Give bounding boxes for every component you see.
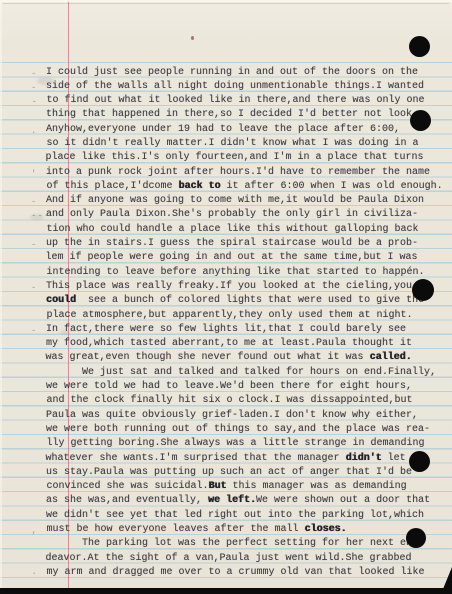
typed-text: Paula was quite obviously grief-laden.I … [46,410,418,421]
typed-line: intending to leave before anything like … [47,266,443,280]
punch-hole [412,279,434,301]
typed-line: ·my arm and dragged me over to a crummy … [47,566,443,580]
typed-line: -I could just see people running in and … [46,66,442,80]
typed-line: whatever she wants.I'm surprised that th… [46,452,442,466]
bottom-scan-bar [0,588,452,594]
overstruck-text: could [46,295,76,306]
pencil-mark: --- [31,209,50,223]
pencil-mark: - [31,238,37,252]
pencil-mark: - [31,67,37,81]
typed-text: thing that happened in there,so I decide… [46,109,418,120]
scan-top-edge [0,0,452,2]
overstruck-text: we left. [208,495,256,506]
typed-line: lem if people were going in and out at t… [46,251,442,265]
typed-text: Anyhow,everyone under 19 had to leave th… [46,124,400,135]
typed-line: The parking lot was the perfect setting … [46,537,442,551]
overstruck-text: called. [370,352,412,363]
typed-text: up the in stairs.I guess the spiral stai… [46,238,418,249]
typed-line: we didn't see yet that led right out int… [46,509,442,523]
typed-line: of this place,I'dcome back to it after 6… [47,180,443,194]
typed-line: could see a bunch of colored lights that… [46,294,442,308]
pencil-mark: , [32,524,38,538]
typed-text: We were shown out a door that [256,495,430,506]
overstruck-text: But [209,481,227,492]
pencil-mark: - [31,281,37,295]
typed-line: -up the in stairs.I guess the spiral sta… [46,237,442,251]
typed-line: deavor.At the sight of a van,Paula just … [46,552,442,566]
typed-line: -to find out what it looked like in ther… [47,94,443,108]
typed-text: we didn't see yet that led right out int… [46,510,424,521]
typed-line: -side of the walls all night doing unmen… [46,80,442,94]
pencil-mark: · [32,567,38,581]
typed-text: my food,which tasted aberrant,to me at l… [46,338,412,349]
typed-text: it after 6:00 when I was old enough. [221,181,443,192]
typed-text: deavor.At the sight of a van,Paula just … [46,553,412,564]
typed-text-block: -I could just see people running in and … [46,66,442,581]
overstruck-text: closes. [305,524,347,535]
typed-line: was great,even though she never found ou… [46,351,442,365]
typed-line: ---and only Paula Dixon.She's probably t… [46,208,442,222]
scan-top-line [3,3,449,4]
typed-text: intending to leave before anything like … [47,267,425,278]
typed-text: place atmosphere,but apparently,they onl… [47,310,413,321]
typed-text: this manager was as demanding [227,481,407,492]
typed-text: lly getting boring.She always was a litt… [47,438,425,449]
typed-text: us stay.Paula was putting up such an act… [46,467,412,478]
typed-line: tion who could handle a place like this … [47,223,443,237]
typed-text: my arm and dragged me over to a crummy o… [47,567,425,578]
typed-text: In fact,there were so few lights lit,tha… [46,324,406,335]
typed-text: see a bunch of colored lights that were … [76,295,424,306]
pencil-mark: - [31,81,37,95]
scan-left-edge [0,0,2,594]
typed-line: and the clock finally hit six o clock.I … [47,394,443,408]
typed-line: We just sat and talked and talked for ho… [46,366,442,380]
typed-text: side of the walls all night doing unment… [46,81,424,92]
typed-line: thing that happened in there,so I decide… [46,108,442,122]
typed-text: was great,even though she never found ou… [46,352,370,363]
pencil-mark: - [31,195,37,209]
typed-text: And if anyone was going to come with me,… [46,195,424,206]
pencil-mark: - [31,324,37,338]
typed-line: -This place was really freaky.If you loo… [46,280,442,294]
overstruck-text: didn't [346,453,382,464]
typed-line: Paula was quite obviously grief-laden.I … [46,409,442,423]
typed-text: we were told we had to leave.We'd been t… [46,381,412,392]
typed-text: let [382,453,406,464]
typed-text: tion who could handle a place like this … [47,224,419,235]
typed-line: place atmosphere,but apparently,they onl… [47,309,443,323]
typed-line: my food,which tasted aberrant,to me at l… [46,337,442,351]
typed-line: us stay.Paula was putting up such an act… [46,466,442,480]
typed-text: into a punk rock joint after hours.I'd h… [46,167,430,178]
typed-text: must be how everyone leaves after the ma… [47,524,305,535]
typed-line: so it didn't really matter.I didn't know… [47,137,443,151]
typed-text: I could just see people running in and o… [46,67,418,78]
pencil-mark: - [32,95,38,109]
punch-hole [410,110,431,131]
typed-text: we were both running out of things to sa… [46,424,430,435]
typed-line: -And if anyone was going to come with me… [46,194,442,208]
typed-text: This place was really freaky.If you look… [46,281,412,292]
typed-text: The parking lot was the perfect setting … [46,538,418,549]
typed-text: of this place,I'dcome [47,181,179,192]
overstruck-text: back to [179,181,221,192]
pencil-mark: . [31,124,37,138]
pencil-mark: ' [31,167,37,181]
typed-line: -In fact,there were so few lights lit,th… [46,323,442,337]
red-speck [191,36,194,40]
typed-line: we were told we had to leave.We'd been t… [46,380,442,394]
typed-text: as she was,and eventually, [46,495,208,506]
typed-line: lly getting boring.She always was a litt… [47,437,443,451]
typed-line: place like this.I's only fourteen,and I'… [46,151,442,165]
punch-hole [409,451,430,472]
typed-text: convinced she was suicidal. [47,481,209,492]
typed-line: convinced she was suicidal.But this mana… [47,480,443,494]
typed-text: and the clock finally hit six o clock.I … [47,395,413,406]
typed-line: we were both running out of things to sa… [46,423,442,437]
typed-text: to find out what it looked like in there… [47,95,425,106]
typed-text: We just sat and talked and talked for ho… [46,367,436,378]
typed-text: place like this.I's only fourteen,and I'… [46,152,424,163]
typed-line: ,must be how everyone leaves after the m… [47,523,443,537]
typed-text: whatever she wants.I'm surprised that th… [46,453,346,464]
page-scan: -I could just see people running in and … [0,0,452,594]
typed-line: 'into a punk rock joint after hours.I'd … [46,166,442,180]
typed-text: so it didn't really matter.I didn't know… [47,138,419,149]
typed-line: as she was,and eventually, we left.We we… [46,494,442,508]
punch-hole [406,528,426,548]
punch-hole [409,36,430,57]
typed-text: and only Paula Dixon.She's probably the … [46,209,418,220]
typed-line: .Anyhow,everyone under 19 had to leave t… [46,123,442,137]
typed-text: lem if people were going in and out at t… [46,252,418,263]
